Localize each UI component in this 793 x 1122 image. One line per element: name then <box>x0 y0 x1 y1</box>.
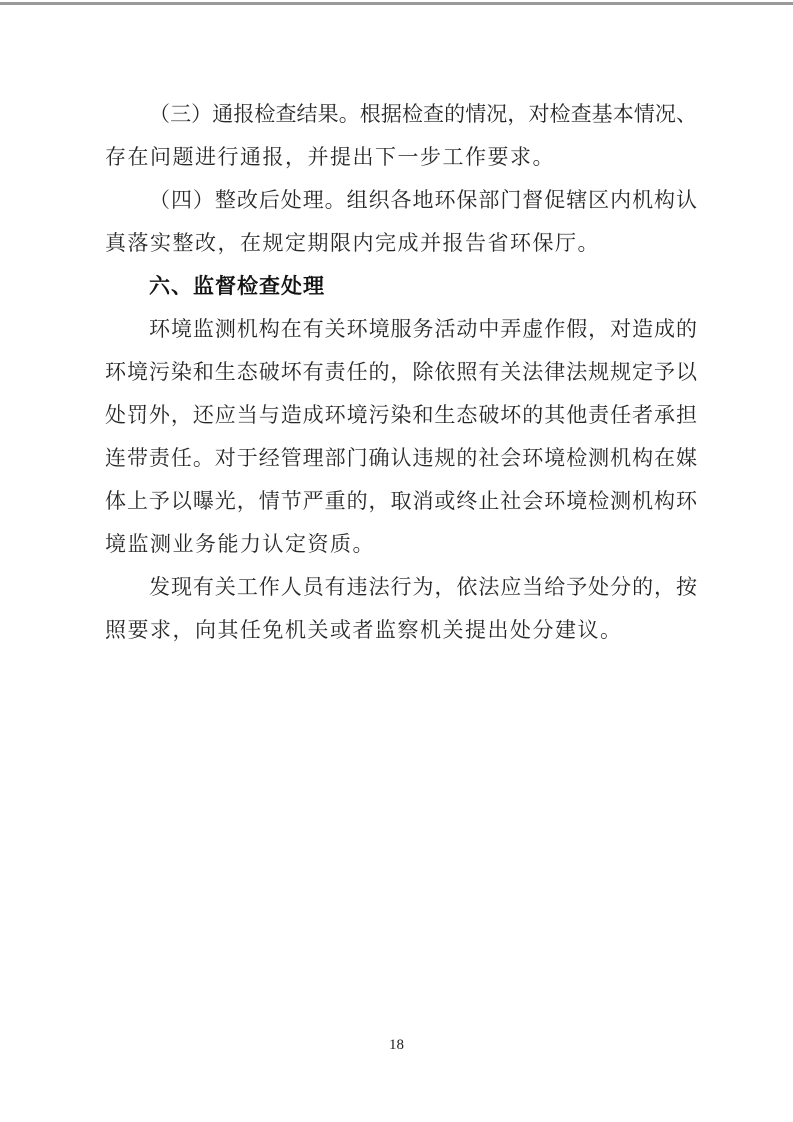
document-page: （三）通报检查结果。根据检查的情况，对检查基本情况、 存在问题进行通报，并提出下… <box>0 0 793 1122</box>
section-heading-text: 六、监督检查处理 <box>105 265 697 308</box>
section-heading-6: 六、监督检查处理 <box>105 265 697 308</box>
paragraph-4-rectification: （四）整改后处理。组织各地环保部门督促辖区内机构认 真落实整改，在规定期限内完成… <box>105 179 697 265</box>
text-line: （三）通报检查结果。根据检查的情况，对检查基本情况、 <box>105 93 697 136</box>
text-line: 存在问题进行通报，并提出下一步工作要求。 <box>105 136 697 179</box>
text-line: 处罚外，还应当与造成环境污染和生态破坏的其他责任者承担 <box>105 394 697 437</box>
text-line: 照要求，向其任免机关或者监察机关提出处分建议。 <box>105 609 697 652</box>
page-number: 18 <box>0 1034 793 1056</box>
paragraph-liability: 环境监测机构在有关环境服务活动中弄虚作假，对造成的 环境污染和生态破坏有责任的，… <box>105 308 697 566</box>
paragraph-3-notify-results: （三）通报检查结果。根据检查的情况，对检查基本情况、 存在问题进行通报，并提出下… <box>105 93 697 179</box>
text-line: （四）整改后处理。组织各地环保部门督促辖区内机构认 <box>105 179 697 222</box>
text-line: 连带责任。对于经管理部门确认违规的社会环境检测机构在媒 <box>105 437 697 480</box>
text-line: 境监测业务能力认定资质。 <box>105 523 697 566</box>
text-line: 环境监测机构在有关环境服务活动中弄虚作假，对造成的 <box>105 308 697 351</box>
paragraph-personnel-discipline: 发现有关工作人员有违法行为，依法应当给予处分的，按 照要求，向其任免机关或者监察… <box>105 566 697 652</box>
text-line: 环境污染和生态破坏有责任的，除依照有关法律法规规定予以 <box>105 351 697 394</box>
text-line: 体上予以曝光，情节严重的，取消或终止社会环境检测机构环 <box>105 480 697 523</box>
scan-edge-artifact <box>0 2 793 5</box>
text-line: 真落实整改，在规定期限内完成并报告省环保厅。 <box>105 222 697 265</box>
document-body: （三）通报检查结果。根据检查的情况，对检查基本情况、 存在问题进行通报，并提出下… <box>105 93 697 652</box>
text-line: 发现有关工作人员有违法行为，依法应当给予处分的，按 <box>105 566 697 609</box>
